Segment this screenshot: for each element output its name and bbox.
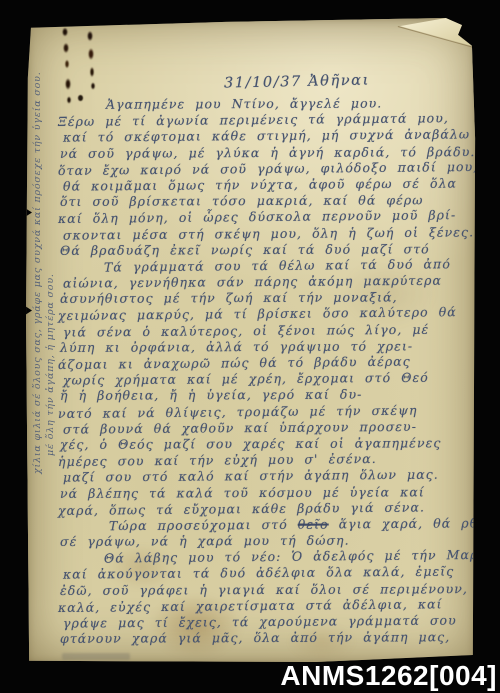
margin-note-line: χίλια φιλιά σέ ὅλους σας, γράφε μας συχν… [32,71,43,474]
handwriting-line: μαζί σου στό καλό καί στήν ἀγάπη ὅλων μα… [63,467,477,486]
edge-tear-notch [25,306,32,315]
photo-background: χίλια φιλιά σέ ὅλους σας, γράφε μας συχν… [0,0,500,693]
edge-tear-notch [25,208,32,217]
handwriting-line: καί ἀκούγονται τά δυό ἀδέλφια ὅλα καλά, … [63,564,477,583]
handwriting-line: φτάνουν χαρά γιά μᾶς, ὅλα ἀπό τήν ἀγάπη … [60,629,474,647]
date-line: 31/10/37 Ἀθῆναι [224,72,370,91]
faint-stamp [62,653,130,660]
margin-note-line: μέ ὅλη τήν ἀγάπη, ἡ μητέρα σου. [45,273,56,456]
letter-paper: χίλια φιλιά σέ ὅλους σας, γράφε μας συχν… [26,18,476,664]
handwriting-line: καί τό σκέφτομαι κάθε στιγμή, μή συχνά ἀ… [63,127,477,146]
handwriting-block: Ἀγαπημένε μου Ντίνο, ἄγγελέ μου.Ξέρω μέ … [60,96,474,646]
struck-word: θεῖο [298,516,329,531]
burn-stain-right [86,28,98,98]
archive-label: ANMS1262[004] [280,660,497,692]
